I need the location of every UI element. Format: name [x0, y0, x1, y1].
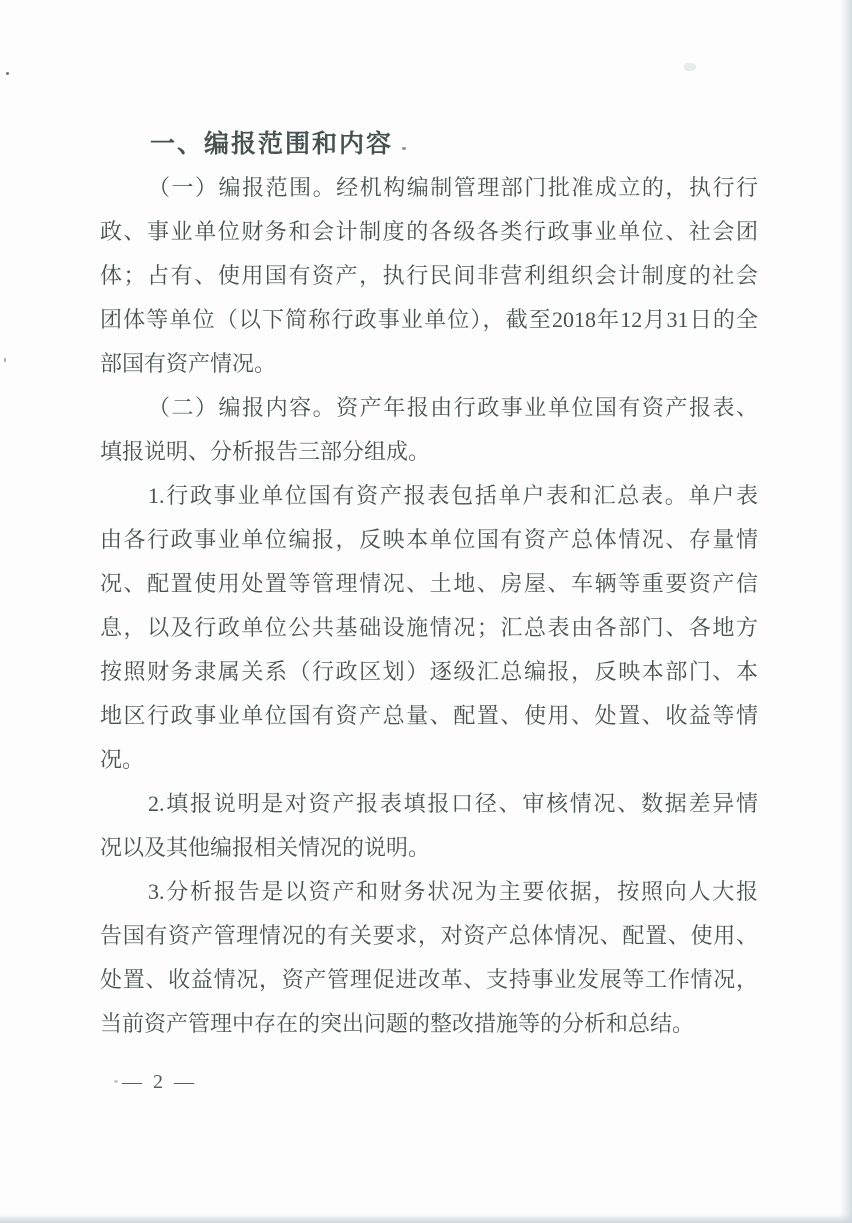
text-line: 2.填报说明是对资产报表填报口径、审核情况、数据差异情	[100, 782, 758, 826]
text-line: 地区行政事业单位国有资产总量、配置、使用、处置、收益等情	[100, 694, 758, 738]
text-line: 息，以及行政单位公共基础设施情况；汇总表由各部门、各地方	[100, 606, 758, 650]
text-line: 当前资产管理中存在的突出问题的整改措施等的分析和总结。	[100, 1002, 758, 1046]
text-line: 3.分析报告是以资产和财务状况为主要依据，按照向人大报	[100, 870, 758, 914]
text-line: 况、配置使用处置等管理情况、土地、房屋、车辆等重要资产信	[100, 562, 758, 606]
text-line: （二）编报内容。资产年报由行政事业单位国有资产报表、	[100, 386, 758, 430]
text-line: 部国有资产情况。	[100, 342, 758, 386]
text-line: 1.行政事业单位国有资产报表包括单户表和汇总表。单户表	[100, 474, 758, 518]
scan-shadow-bottom-edge	[0, 1214, 852, 1223]
text-line: 处置、收益情况，资产管理促进改革、支持事业发展等工作情况，	[100, 958, 758, 1002]
text-line: 由各行政事业单位编报，反映本单位国有资产总体情况、存量情	[100, 518, 758, 562]
document-body: 一、编报范围和内容 （一）编报范围。经机构编制管理部门批准成立的，执行行政、事业…	[100, 122, 758, 1046]
text-line: 体；占有、使用国有资产，执行民间非营利组织会计制度的社会	[100, 254, 758, 298]
paragraph: （二）编报内容。资产年报由行政事业单位国有资产报表、填报说明、分析报告三部分组成…	[100, 386, 758, 474]
scan-speck	[4, 358, 6, 362]
text-line: 按照财务隶属关系（行政区划）逐级汇总编报，反映本部门、本	[100, 650, 758, 694]
text-line: 填报说明、分析报告三部分组成。	[100, 430, 758, 474]
paragraph: （一）编报范围。经机构编制管理部门批准成立的，执行行政、事业单位财务和会计制度的…	[100, 166, 758, 386]
scan-smudge	[684, 63, 696, 71]
text-line: 况。	[100, 738, 758, 782]
text-line: 告国有资产管理情况的有关要求，对资产总体情况、配置、使用、	[100, 914, 758, 958]
scan-shadow-right-edge	[840, 0, 852, 1223]
page-number: — 2 —	[122, 1068, 197, 1096]
text-line: 况以及其他编报相关情况的说明。	[100, 826, 758, 870]
scanned-page: 一、编报范围和内容 （一）编报范围。经机构编制管理部门批准成立的，执行行政、事业…	[0, 0, 852, 1223]
paragraph: 1.行政事业单位国有资产报表包括单户表和汇总表。单户表由各行政事业单位编报，反映…	[100, 474, 758, 782]
text-line: 政、事业单位财务和会计制度的各级各类行政事业单位、社会团	[100, 210, 758, 254]
section-heading: 一、编报范围和内容	[100, 122, 758, 166]
paragraph: 2.填报说明是对资产报表填报口径、审核情况、数据差异情况以及其他编报相关情况的说…	[100, 782, 758, 870]
paragraph: 3.分析报告是以资产和财务状况为主要依据，按照向人大报告国有资产管理情况的有关要…	[100, 870, 758, 1046]
text-line: 团体等单位（以下简称行政事业单位），截至2018年12月31日的全	[100, 298, 758, 342]
scan-speck	[114, 1080, 118, 1083]
text-line: （一）编报范围。经机构编制管理部门批准成立的，执行行	[100, 166, 758, 210]
scan-speck	[6, 72, 9, 75]
